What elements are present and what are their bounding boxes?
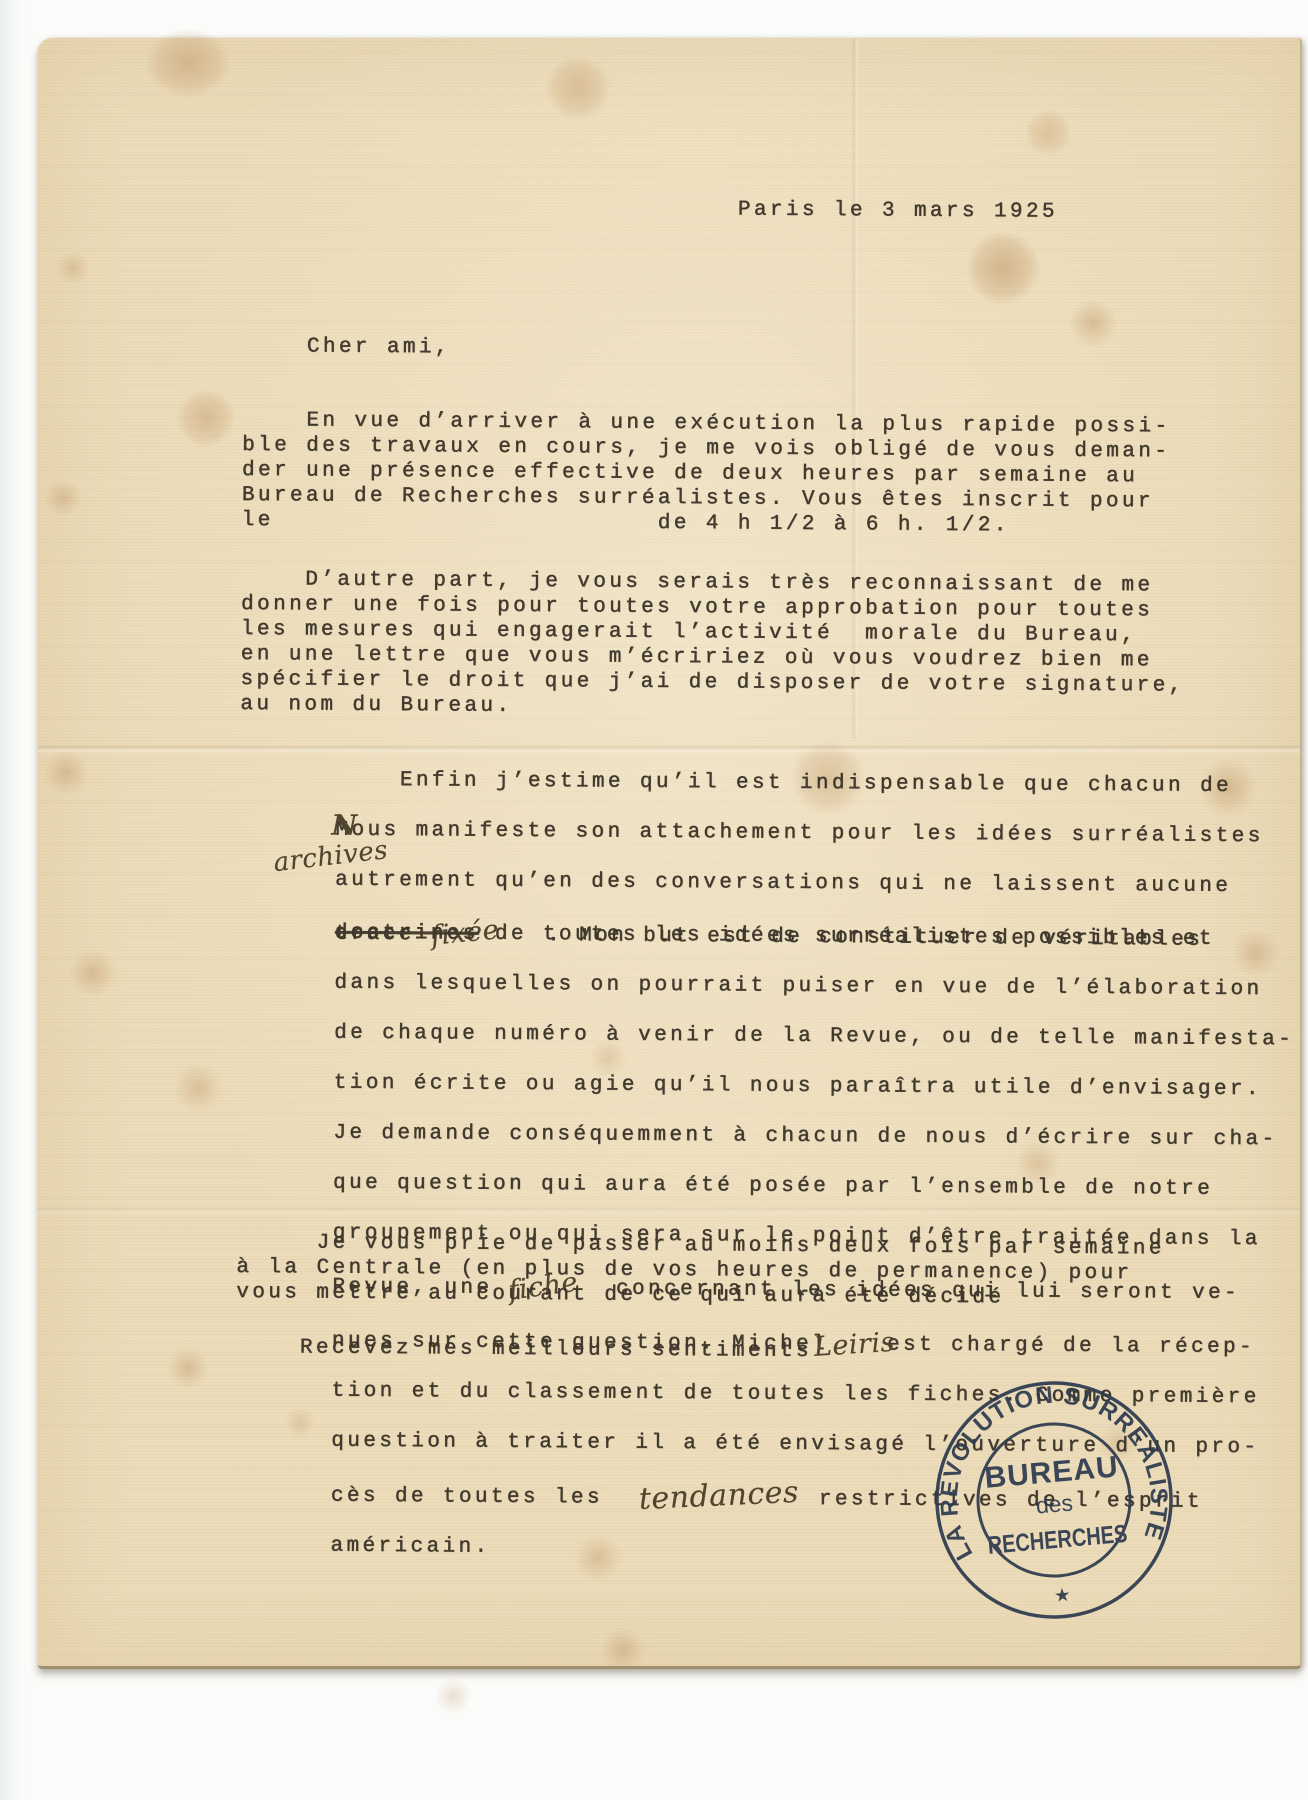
stamp-star-icon: ★ [1053, 1579, 1071, 1610]
salutation: Cher ami, [243, 334, 451, 360]
p3-line13-post: est chargé de la récep- [887, 1334, 1255, 1360]
p3-line8: tion écrite ou agie qu’il nous paraîtra … [334, 1072, 1262, 1101]
p3-line5-post: de toutes les idées surréalistes possibl… [479, 923, 1215, 951]
bureau-stamp: LA RÉVOLUTION SURRÉALISTE ★ BUREAU des R… [922, 1368, 1186, 1632]
date-line: Paris le 3 mars 1925 [738, 197, 1058, 224]
paragraph-2: D’autre part, je vous serais très reconn… [240, 567, 1185, 724]
scanned-letter-page: { "letter": { "date_line": "Paris le 3 m… [0, 0, 1308, 1800]
stamp-center-line2: des [1035, 1489, 1074, 1518]
paragraph-4: Je vous prie de passer au moins deux foi… [236, 1230, 1165, 1311]
p3-line17: américain. [330, 1535, 490, 1559]
p3-line9: Je demande conséquemment à chacun de nou… [333, 1122, 1277, 1152]
struck-word-doctrines: doctrines [335, 922, 479, 946]
p3-line1: Enfin j’estime qu’il est indispensable q… [336, 769, 1232, 798]
handwritten-correction-n: N [331, 813, 357, 838]
stamp-center-line1: BUREAU [983, 1450, 1120, 1495]
stain [429, 1672, 477, 1720]
paragraph-1: En vue d’arriver à une exécution la plus… [242, 408, 1171, 539]
letter-paper: Paris le 3 mars 1925 Cher ami, En vue d’… [38, 38, 1302, 1669]
p3-line6: dans lesquelles on pourrait puiser en vu… [334, 972, 1262, 1001]
scanner-background-edge [0, 0, 26, 1800]
p3-line16-pre: cès de toutes les [331, 1485, 635, 1510]
handwritten-tendances: tendances [638, 1480, 799, 1512]
handwritten-leiris: Leiris [813, 1330, 895, 1360]
closing-line: Recevez mes meilleurs sentiments [236, 1335, 812, 1364]
p3-line10: que question qui aura été posée par l’en… [333, 1172, 1213, 1201]
p3-line7: de chaque numéro à venir de la Revue, ou… [334, 1022, 1294, 1052]
p3-line2-rest: ous manifeste son attachement pour les i… [351, 819, 1263, 848]
